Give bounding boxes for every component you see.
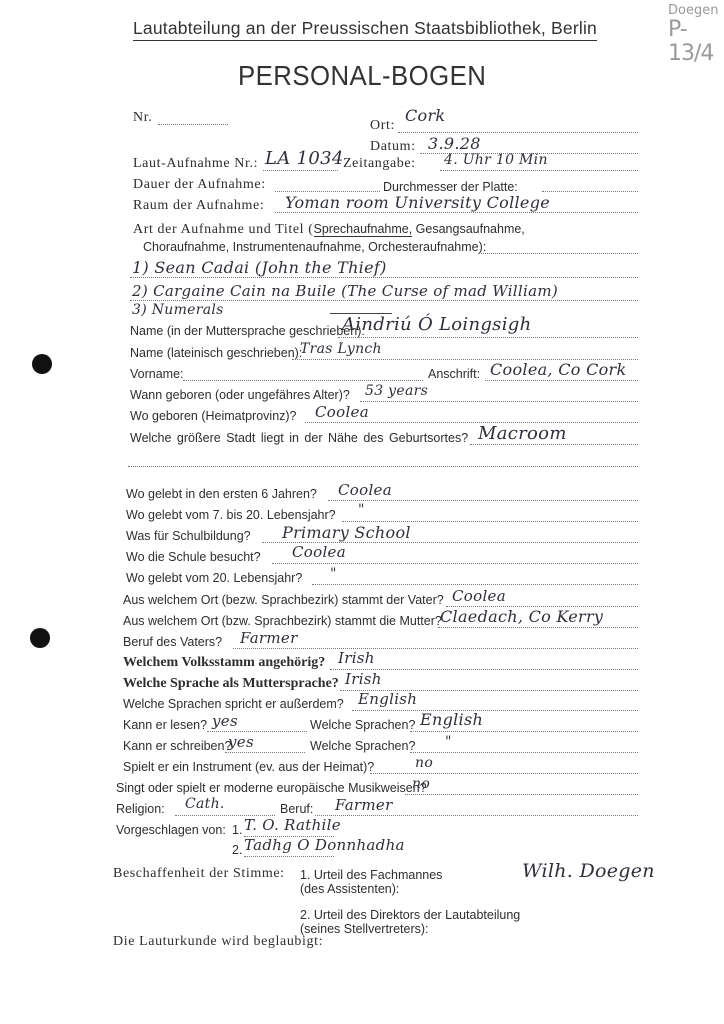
urteil1-line2: (des Assistenten): [300,882,399,896]
lesen-field[interactable] [207,731,307,732]
schreiben-sprachen-field[interactable] [410,752,638,753]
title-3-value: 3) Numerals [132,302,224,318]
vorgeschlagen-n1: 1. [232,823,242,837]
schreiben-sprachen-label: Welche Sprachen? [310,739,415,753]
art-label-part1: Art der Aufnahme und Titel ( [133,222,314,237]
nr-label: Nr. [133,110,152,126]
name-latein-value: Tras Lynch [300,341,382,357]
instrument-value: no [415,755,433,771]
urteil2-line1: 2. Urteil des Direktors der Lautabteilun… [300,908,520,922]
schule-value: Coolea [292,543,346,561]
zeitangabe-value: 4. Uhr 10 Min [444,152,548,168]
director-signature: Wilh. Doegen [522,860,655,882]
erste6-field[interactable] [328,500,638,501]
raum-field[interactable] [275,212,638,213]
mutter-ort-value: Claedach, Co Kerry [440,607,603,626]
volksstamm-value: Irish [338,649,375,667]
datum-label: Datum: [370,139,416,155]
art-label-underlined: Sprechaufnahme, [314,222,413,237]
nr-field[interactable] [158,124,228,125]
dauer-label: Dauer der Aufnahme: [133,177,266,193]
ort-label: Ort: [370,118,395,134]
anschrift-value: Coolea, Co Cork [490,360,626,379]
erste6-label: Wo gelebt in den ersten 6 Jahren? [126,487,317,501]
anschrift-field[interactable] [485,380,638,381]
schreiben-field[interactable] [225,752,305,753]
art-field[interactable] [478,253,638,254]
urteil1-line1: 1. Urteil des Fachmannes [300,868,442,882]
pencil-note-name: Doegen [668,4,724,18]
7bis20-label: Wo gelebt vom 7. bis 20. Lebensjahr? [126,508,336,522]
laut-aufnahme-label: Laut-Aufnahme Nr.: [133,156,258,172]
art-label-part2: Gesangsaufnahme, [412,222,525,236]
wo-geboren-label: Wo geboren (Heimatprovinz)? [130,409,297,423]
lesen-sprachen-label: Welche Sprachen? [310,718,415,732]
schreiben-value: yes [228,733,254,751]
zeitangabe-field[interactable] [440,170,638,171]
name-mutter-label: Name (in der Muttersprache geschrieben): [130,324,365,338]
geboren-value: 53 years [365,383,428,399]
religion-label: Religion: [116,802,165,816]
vorgeschlagen-2-value: Tadhg O Donnhadha [244,836,405,854]
stadt-value: Macroom [478,423,567,444]
beruf-label: Beruf: [280,802,313,816]
ab20-label: Wo gelebt vom 20. Lebensjahr? [126,571,302,585]
form-title: PERSONAL-BOGEN [238,60,486,92]
stadt-field-extra[interactable] [128,466,638,467]
geboren-field[interactable] [360,401,638,402]
ab20-value: " [330,566,337,582]
stadt-field[interactable] [470,444,638,445]
schulbildung-value: Primary School [282,523,411,542]
durchmesser-label: Durchmesser der Platte: [383,180,518,194]
stimme-label: Beschaffenheit der Stimme: [113,866,285,882]
art-label-line2: Choraufnahme, Instrumentenaufnahme, Orch… [143,240,486,254]
vater-ort-value: Coolea [452,587,506,605]
sprachen-value: English [358,690,417,708]
musik-field[interactable] [405,794,638,795]
name-latein-label: Name (lateinisch geschrieben): [130,346,302,360]
schreiben-label: Kann er schreiben? [123,739,231,753]
laut-aufnahme-field[interactable] [263,170,338,171]
wo-geboren-field[interactable] [305,422,638,423]
sprachen-field[interactable] [352,710,638,711]
pencil-archive-note: Doegen P-13/4 [668,4,724,66]
beglaubigt-label: Die Lauturkunde wird beglaubigt: [113,934,323,950]
erste6-value: Coolea [338,481,392,499]
geboren-label: Wann geboren (oder ungefähres Alter)? [130,388,350,402]
title-line-2[interactable] [130,300,638,301]
7bis20-value: " [358,502,365,518]
instrument-label: Spielt er ein Instrument (ev. aus der He… [123,760,374,774]
pencil-note-ref: P-13/4 [668,18,724,66]
beruf-field[interactable] [315,815,638,816]
ort-value: Cork [405,106,445,125]
vater-ort-label: Aus welchem Ort (bezw. Sprachbezirk) sta… [123,593,444,607]
mutter-ort-field[interactable] [438,627,638,628]
vorgeschlagen-label: Vorgeschlagen von: [116,823,226,837]
anschrift-label: Anschrift: [428,367,480,381]
raum-value: Yoman room University College [285,193,550,212]
ort-field[interactable] [398,132,638,133]
schreiben-sprachen-value: " [445,734,452,750]
sprachen-label: Welche Sprachen spricht er außerdem? [123,697,344,711]
lesen-value: yes [212,712,238,730]
institution-header: Lautabteilung an der Preussischen Staats… [133,18,597,41]
raum-label: Raum der Aufnahme: [133,198,264,214]
schulbildung-label: Was für Schulbildung? [126,529,251,543]
beruf-value: Farmer [335,796,393,814]
lesen-sprachen-value: English [420,710,483,729]
musik-value: no [412,776,430,792]
religion-value: Cath. [185,796,225,812]
art-label: Art der Aufnahme und Titel (Sprechaufnah… [133,221,525,238]
beruf-vater-value: Farmer [240,629,298,647]
title-line-1[interactable] [130,277,638,278]
name-mutter-field[interactable] [338,337,638,338]
mutter-ort-label: Aus welchem Ort (bzw. Sprachbezirk) stam… [123,614,442,628]
ab20-field[interactable] [312,584,638,585]
vorgeschlagen-1-value: T. O. Rathile [244,816,341,834]
title-2-value: 2) Cargaine Cain na Buile (The Curse of … [132,282,558,300]
dauer-field[interactable] [275,191,380,192]
7bis20-field[interactable] [342,521,638,522]
name-mutter-value: Aindriú Ó Loingsigh [342,314,532,335]
schule-field[interactable] [272,563,638,564]
schule-label: Wo die Schule besucht? [126,550,261,564]
punch-hole-bottom [30,628,50,648]
muttersprache-label: Welche Sprache als Muttersprache? [123,676,339,692]
beruf-vater-field[interactable] [233,648,638,649]
wo-geboren-value: Coolea [315,403,369,421]
datum-value: 3.9.28 [428,134,481,153]
beruf-vater-label: Beruf des Vaters? [123,635,222,649]
volksstamm-label: Welchem Volksstamm angehörig? [123,655,325,671]
vorgeschlagen-2-field[interactable] [244,856,334,857]
muttersprache-value: Irish [345,670,382,688]
punch-hole-top [32,354,52,374]
vorname-field[interactable] [183,380,423,381]
laut-aufnahme-value: LA 1034 [265,148,344,169]
stadt-label: Welche größere Stadt liegt in der Nähe d… [130,431,468,445]
vorgeschlagen-n2: 2. [232,843,242,857]
lesen-label: Kann er lesen? [123,718,207,732]
vorname-label: Vorname: [130,367,184,381]
musik-label: Singt oder spielt er moderne europäische… [116,781,427,795]
title-1-value: 1) Sean Cadai (John the Thief) [132,258,387,277]
zeitangabe-label: Zeitangabe: [343,156,416,172]
instrument-field[interactable] [370,773,638,774]
lesen-sprachen-field[interactable] [410,731,638,732]
durchmesser-field[interactable] [542,191,638,192]
